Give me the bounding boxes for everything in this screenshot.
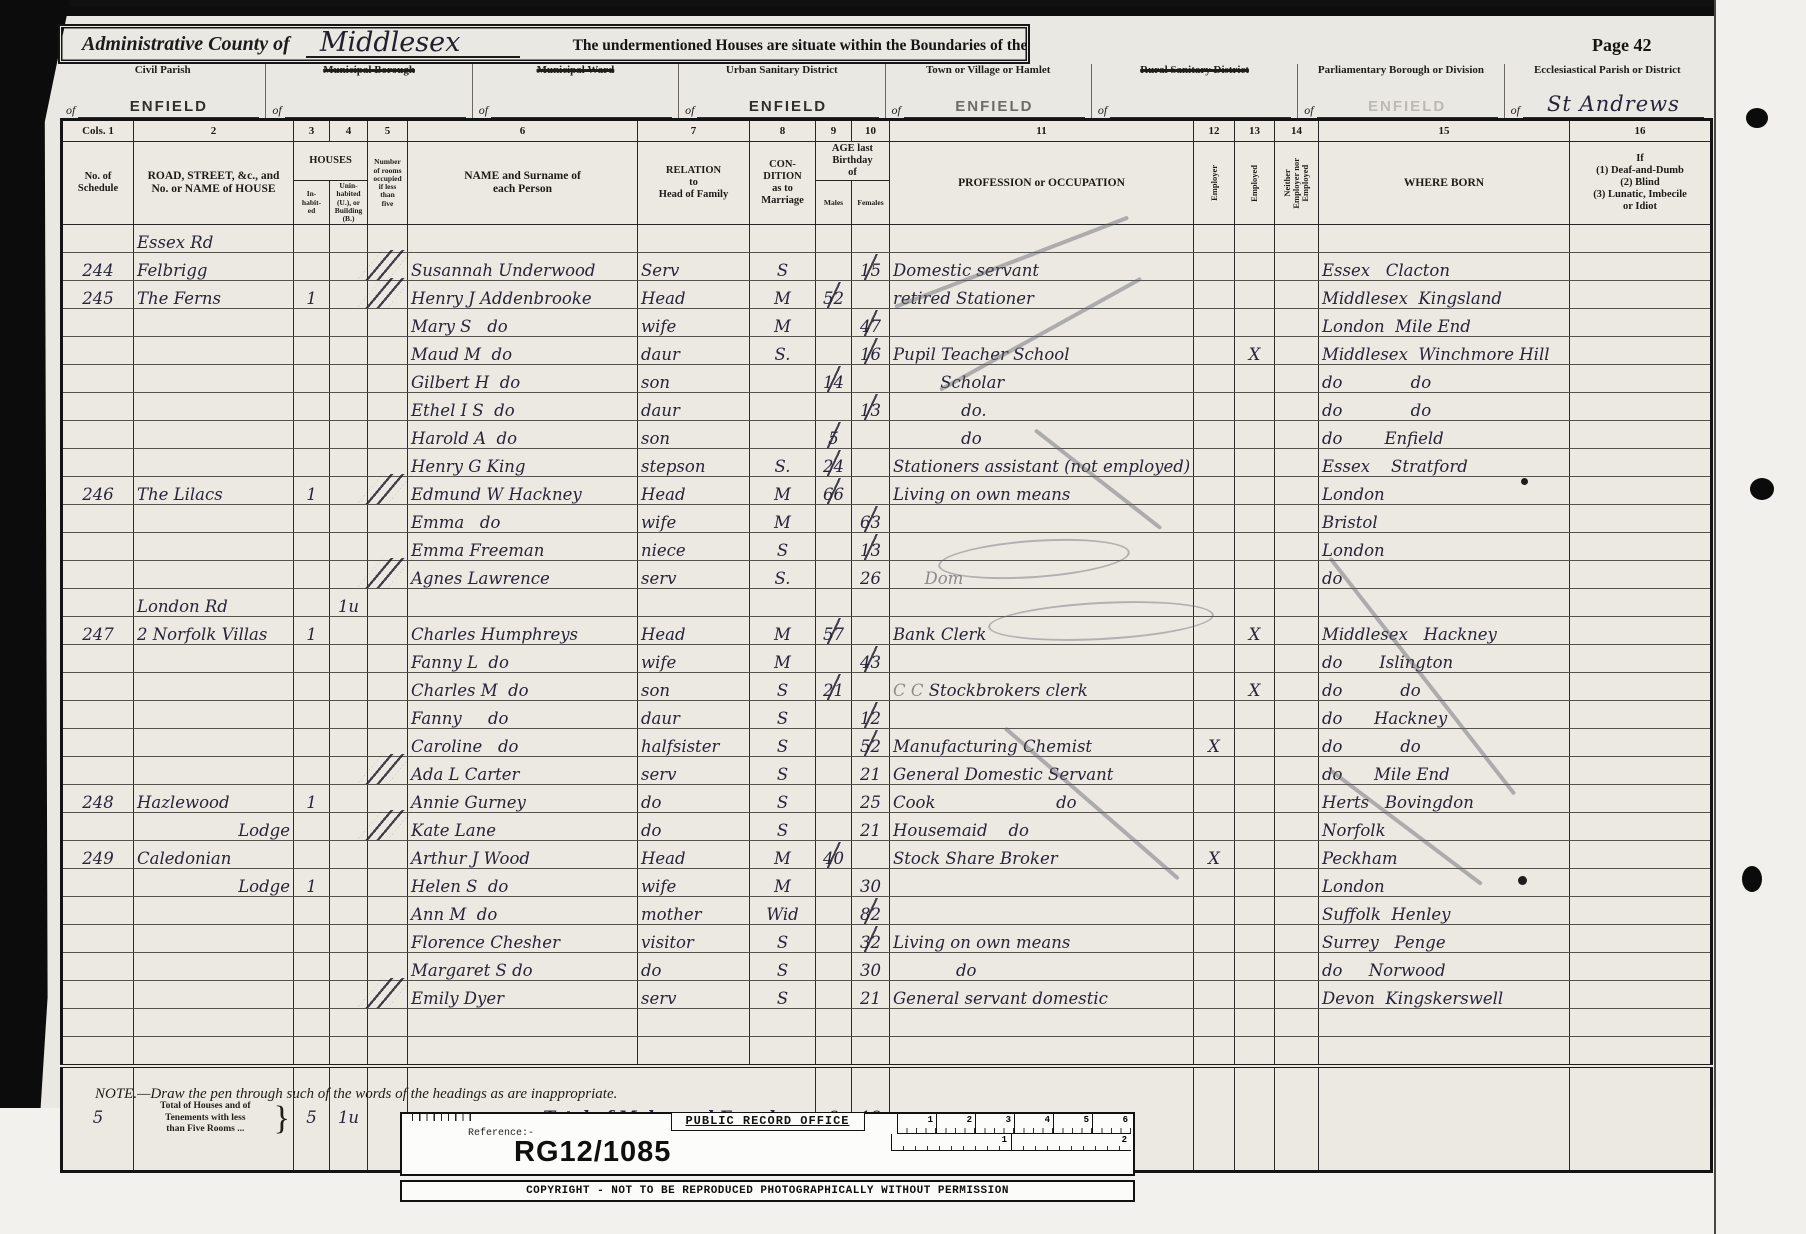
infirmity-note: [1570, 477, 1712, 505]
record-office-title: PUBLIC RECORD OFFICE: [670, 1113, 864, 1131]
person-name: Caroline do: [408, 729, 638, 757]
age-female: 26: [852, 561, 890, 589]
relation-to-head: daur: [638, 393, 750, 421]
uninhabited-mark: [330, 1037, 368, 1067]
census-row: 249 Caledonian Arthur J Wood Head M 40 S…: [62, 841, 1712, 869]
totals-houses-label: Total of Houses and of Tenements with le…: [134, 1066, 294, 1171]
col-rooms-header: Number of rooms occupied if less than fi…: [368, 142, 408, 225]
employed-mark: [1235, 1009, 1275, 1037]
ruler-scale-lower: 12: [891, 1134, 1131, 1151]
rooms-value: [368, 701, 408, 729]
age-female: 15: [852, 253, 890, 281]
punch-hole: [1742, 866, 1762, 892]
house-name: Lodge: [134, 869, 294, 897]
occupation: Domestic servant: [890, 253, 1194, 281]
inhabited-mark: [294, 757, 330, 785]
rooms-value: [368, 309, 408, 337]
uninhabited-mark: [330, 337, 368, 365]
column-number: 7: [638, 120, 750, 142]
house-name: [134, 1037, 294, 1067]
totals-empty-13: [1235, 1066, 1275, 1171]
census-row: Ethel I S do daur 13 do. do do: [62, 393, 1712, 421]
column-numbers-row: Cols. 12345678910111213141516: [62, 120, 1712, 142]
age-male: [816, 645, 852, 673]
where-born: Norfolk: [1319, 813, 1570, 841]
district-label: Urban Sanitary District: [685, 64, 878, 76]
occupation: [890, 225, 1194, 253]
census-row: 248 Hazlewood 1 Annie Gurney do S 25 Coo…: [62, 785, 1712, 813]
age-female: 30: [852, 869, 890, 897]
employed-mark: [1235, 701, 1275, 729]
column-number: 15: [1319, 120, 1570, 142]
house-name: Lodge: [134, 813, 294, 841]
district-label: Parliamentary Borough or Division: [1304, 64, 1497, 76]
age-male: 52: [816, 281, 852, 309]
occupation: [890, 309, 1194, 337]
census-row: Lodge Kate Lane do S 21 Housemaid do Nor…: [62, 813, 1712, 841]
age-female: 32: [852, 925, 890, 953]
house-name: Hazlewood: [134, 785, 294, 813]
employed-mark: X: [1235, 617, 1275, 645]
inhabited-mark: [294, 505, 330, 533]
age-male: [816, 393, 852, 421]
neither-mark: [1275, 365, 1319, 393]
uninhabited-mark: [330, 729, 368, 757]
neither-mark: [1275, 393, 1319, 421]
employer-mark: [1194, 757, 1235, 785]
rooms-value: [368, 925, 408, 953]
footnote: NOTE.—Draw the pen through such of the w…: [95, 1086, 617, 1103]
district-value: [1110, 98, 1291, 118]
age-female: [852, 477, 890, 505]
schedule-number: [62, 337, 134, 365]
uninhabited-mark: [330, 981, 368, 1009]
age-female: 21: [852, 757, 890, 785]
marriage-condition: M: [750, 841, 816, 869]
age-female: 12: [852, 701, 890, 729]
employed-mark: [1235, 785, 1275, 813]
where-born: do do: [1319, 673, 1570, 701]
schedule-number: 246: [62, 477, 134, 505]
neither-mark: [1275, 589, 1319, 617]
occupation: Living on own means: [890, 477, 1194, 505]
employed-mark: X: [1235, 337, 1275, 365]
occupation: Bank Clerk: [890, 617, 1194, 645]
uninhabited-mark: [330, 253, 368, 281]
census-row: Emma Freeman niece S 13 London: [62, 533, 1712, 561]
marriage-condition: Wid: [750, 897, 816, 925]
house-name: [134, 561, 294, 589]
rooms-value: [368, 645, 408, 673]
employer-mark: [1194, 869, 1235, 897]
employed-mark: [1235, 477, 1275, 505]
house-name: [134, 981, 294, 1009]
district-value: St Andrews: [1523, 91, 1704, 118]
relation-to-head: son: [638, 365, 750, 393]
occupation: General servant domestic: [890, 981, 1194, 1009]
inhabited-mark: 1: [294, 617, 330, 645]
where-born: do do: [1319, 365, 1570, 393]
district-value: ENFIELD: [697, 98, 878, 118]
district-field: Ecclesiastical Parish or District of St …: [1504, 64, 1710, 118]
neither-mark: [1275, 953, 1319, 981]
district-of-prefix: of: [479, 103, 488, 118]
employed-mark: [1235, 729, 1275, 757]
age-male: 5: [816, 421, 852, 449]
district-label: Rural Sanitary District: [1098, 64, 1291, 76]
inhabited-mark: 1: [294, 869, 330, 897]
relation-to-head: daur: [638, 701, 750, 729]
census-row: Agnes Lawrence serv S. 26 Dom do: [62, 561, 1712, 589]
where-born: Middlesex Winchmore Hill: [1319, 337, 1570, 365]
margin-pencil-number: 5: [62, 1066, 134, 1171]
neither-mark: [1275, 1009, 1319, 1037]
house-name: [134, 365, 294, 393]
relation-to-head: serv: [638, 981, 750, 1009]
district-value: ENFIELD: [904, 98, 1085, 118]
census-row: Emma do wife M 63 Bristol: [62, 505, 1712, 533]
marriage-condition: [750, 365, 816, 393]
employer-mark: [1194, 701, 1235, 729]
neither-mark: [1275, 617, 1319, 645]
person-name: Harold A do: [408, 421, 638, 449]
age-female: [852, 1009, 890, 1037]
relation-to-head: daur: [638, 337, 750, 365]
employer-mark: [1194, 421, 1235, 449]
column-number: 6: [408, 120, 638, 142]
uninhabited-mark: 1u: [330, 589, 368, 617]
person-name: Henry G King: [408, 449, 638, 477]
rooms-value: [368, 813, 408, 841]
district-of-prefix: of: [1098, 103, 1107, 118]
column-number: 10: [852, 120, 890, 142]
column-number: 11: [890, 120, 1194, 142]
relation-to-head: [638, 589, 750, 617]
marriage-condition: S: [750, 701, 816, 729]
infirmity-note: [1570, 869, 1712, 897]
district-field: Civil Parish of ENFIELD: [60, 64, 265, 118]
relation-to-head: son: [638, 421, 750, 449]
relation-to-head: Serv: [638, 253, 750, 281]
schedule-number: 244: [62, 253, 134, 281]
employer-mark: [1194, 561, 1235, 589]
district-header-row: Civil Parish of ENFIELD Municipal Boroug…: [60, 64, 1710, 118]
marriage-condition: [750, 421, 816, 449]
infirmity-note: [1570, 617, 1712, 645]
col-males-header: Males: [816, 181, 852, 225]
uninhabited-mark: [330, 365, 368, 393]
marriage-condition: M: [750, 869, 816, 897]
col-relation-header: RELATION to Head of Family: [638, 142, 750, 225]
occupation: Living on own means: [890, 925, 1194, 953]
employer-mark: [1194, 309, 1235, 337]
district-value: ENFIELD: [78, 98, 259, 118]
census-row: Emily Dyer serv S 21 General servant dom…: [62, 981, 1712, 1009]
neither-mark: [1275, 757, 1319, 785]
col-condition-header: CON- DITION as to Marriage: [750, 142, 816, 225]
person-name: [408, 1009, 638, 1037]
uninhabited-mark: [330, 701, 368, 729]
occupation: do.: [890, 393, 1194, 421]
house-name: [134, 701, 294, 729]
infirmity-note: [1570, 757, 1712, 785]
rooms-value: [368, 225, 408, 253]
age-female: [852, 421, 890, 449]
schedule-number: [62, 505, 134, 533]
relation-to-head: visitor: [638, 925, 750, 953]
occupation: Scholar: [890, 365, 1194, 393]
age-male: [816, 561, 852, 589]
marriage-condition: S.: [750, 561, 816, 589]
col-road-header: ROAD, STREET, &c., and No. or NAME of HO…: [134, 142, 294, 225]
neither-mark: [1275, 981, 1319, 1009]
infirmity-note: [1570, 981, 1712, 1009]
relation-to-head: mother: [638, 897, 750, 925]
employer-mark: [1194, 281, 1235, 309]
where-born: Devon Kingskerswell: [1319, 981, 1570, 1009]
person-name: Mary S do: [408, 309, 638, 337]
col-infirmity-header: If (1) Deaf-and-Dumb (2) Blind (3) Lunat…: [1570, 142, 1712, 225]
house-name: [134, 533, 294, 561]
district-value: [491, 98, 672, 118]
census-row: 244 Felbrigg Susannah Underwood Serv S 1…: [62, 253, 1712, 281]
uninhabited-mark: [330, 813, 368, 841]
schedule-number: [62, 813, 134, 841]
where-born: London: [1319, 533, 1570, 561]
age-female: [852, 673, 890, 701]
where-born: Herts Bovingdon: [1319, 785, 1570, 813]
house-name: [134, 645, 294, 673]
house-name: The Lilacs: [134, 477, 294, 505]
house-name: [134, 421, 294, 449]
infirmity-note: [1570, 645, 1712, 673]
district-value: [285, 98, 466, 118]
relation-to-head: [638, 225, 750, 253]
inhabited-mark: [294, 533, 330, 561]
age-female: [852, 449, 890, 477]
marriage-condition: S: [750, 757, 816, 785]
house-name: [134, 729, 294, 757]
relation-to-head: Head: [638, 477, 750, 505]
age-female: 21: [852, 813, 890, 841]
occupation: [890, 533, 1194, 561]
occupation: Housemaid do: [890, 813, 1194, 841]
inhabited-mark: [294, 925, 330, 953]
pencil-annotation: C C: [893, 681, 929, 700]
column-number: 8: [750, 120, 816, 142]
neither-mark: [1275, 813, 1319, 841]
schedule-number: 245: [62, 281, 134, 309]
inhabited-mark: [294, 813, 330, 841]
where-born: do Enfield: [1319, 421, 1570, 449]
age-male: [816, 253, 852, 281]
age-male: [816, 337, 852, 365]
marriage-condition: S: [750, 953, 816, 981]
house-name: London Rd: [134, 589, 294, 617]
where-born: do Norwood: [1319, 953, 1570, 981]
employer-mark: [1194, 533, 1235, 561]
neither-mark: [1275, 673, 1319, 701]
boundary-statement: The undermentioned Houses are situate wi…: [560, 37, 1040, 55]
rooms-value: [368, 897, 408, 925]
ruler-cell: 2: [936, 1114, 975, 1134]
schedule-number: [62, 365, 134, 393]
rooms-value: [368, 365, 408, 393]
age-female: [852, 617, 890, 645]
rooms-value: [368, 673, 408, 701]
neither-mark: [1275, 225, 1319, 253]
employed-mark: [1235, 645, 1275, 673]
uninhabited-mark: [330, 561, 368, 589]
house-name: Felbrigg: [134, 253, 294, 281]
inhabited-mark: [294, 673, 330, 701]
relation-to-head: stepson: [638, 449, 750, 477]
age-female: [852, 281, 890, 309]
infirmity-note: [1570, 337, 1712, 365]
census-row: Maud M do daur S. 16 Pupil Teacher Schoo…: [62, 337, 1712, 365]
marriage-condition: S.: [750, 449, 816, 477]
age-female: 21: [852, 981, 890, 1009]
occupation: [890, 701, 1194, 729]
employer-mark: X: [1194, 729, 1235, 757]
infirmity-note: [1570, 589, 1712, 617]
copyright-bar: COPYRIGHT - NOT TO BE REPRODUCED PHOTOGR…: [400, 1180, 1135, 1202]
where-born: Essex Clacton: [1319, 253, 1570, 281]
person-name: Ada L Carter: [408, 757, 638, 785]
census-row: Ada L Carter serv S 21 General Domestic …: [62, 757, 1712, 785]
age-female: 25: [852, 785, 890, 813]
rooms-value: [368, 505, 408, 533]
employer-mark: [1194, 1037, 1235, 1067]
census-scan-page: { "colors":{"paper":"#eae8e2","ink":"#1d…: [0, 0, 1806, 1234]
neither-mark: [1275, 785, 1319, 813]
rooms-value: [368, 729, 408, 757]
uninhabited-mark: [330, 617, 368, 645]
uninhabited-mark: [330, 309, 368, 337]
schedule-number: [62, 981, 134, 1009]
person-name: Edmund W Hackney: [408, 477, 638, 505]
uninhabited-mark: [330, 533, 368, 561]
employed-mark: [1235, 813, 1275, 841]
census-row: 247 2 Norfolk Villas 1 Charles Humphreys…: [62, 617, 1712, 645]
uninhabited-mark: [330, 225, 368, 253]
infirmity-note: [1570, 505, 1712, 533]
relation-to-head: Head: [638, 617, 750, 645]
schedule-number: [62, 421, 134, 449]
census-row: [62, 1037, 1712, 1067]
age-male: [816, 533, 852, 561]
page-edge: [1714, 0, 1806, 1234]
marriage-condition: M: [750, 477, 816, 505]
employer-mark: [1194, 337, 1235, 365]
neither-mark: [1275, 505, 1319, 533]
inhabited-mark: 1: [294, 477, 330, 505]
age-female: [852, 225, 890, 253]
person-name: Fanny L do: [408, 645, 638, 673]
person-name: Maud M do: [408, 337, 638, 365]
rooms-value: [368, 561, 408, 589]
employed-mark: [1235, 757, 1275, 785]
where-born: Middlesex Hackney: [1319, 617, 1570, 645]
district-of-prefix: of: [892, 103, 901, 118]
where-born: do Islington: [1319, 645, 1570, 673]
occupation: Stock Share Broker: [890, 841, 1194, 869]
record-office-box: PUBLIC RECORD OFFICE Reference:- RG12/10…: [400, 1112, 1135, 1176]
census-row: Mary S do wife M 47 London Mile End: [62, 309, 1712, 337]
employer-mark: [1194, 645, 1235, 673]
age-female: 13: [852, 393, 890, 421]
census-row: London Rd 1u: [62, 589, 1712, 617]
neither-mark: [1275, 1037, 1319, 1067]
census-row: Harold A do son 5 do do Enfield: [62, 421, 1712, 449]
house-name: Essex Rd: [134, 225, 294, 253]
employer-mark: [1194, 449, 1235, 477]
neither-mark: [1275, 897, 1319, 925]
infirmity-note: [1570, 729, 1712, 757]
uninhabited-mark: [330, 757, 368, 785]
census-row: Fanny do daur S 12 do Hackney: [62, 701, 1712, 729]
house-name: [134, 1009, 294, 1037]
occupation: [890, 897, 1194, 925]
inhabited-mark: [294, 729, 330, 757]
house-name: [134, 449, 294, 477]
infirmity-note: [1570, 533, 1712, 561]
where-born: Peckham: [1319, 841, 1570, 869]
age-male: 57: [816, 617, 852, 645]
employed-mark: [1235, 897, 1275, 925]
district-field: Parliamentary Borough or Division of ENF…: [1297, 64, 1503, 118]
where-born: do: [1319, 561, 1570, 589]
schedule-number: [62, 225, 134, 253]
col-inhabited-header: In- habit- ed: [294, 181, 330, 225]
inhabited-mark: [294, 393, 330, 421]
employed-mark: [1235, 253, 1275, 281]
neither-mark: [1275, 281, 1319, 309]
age-male: [816, 309, 852, 337]
neither-mark: [1275, 421, 1319, 449]
age-female: 47: [852, 309, 890, 337]
employed-mark: [1235, 281, 1275, 309]
inhabited-mark: [294, 981, 330, 1009]
col-neither-header: Neither Employer nor Employed: [1275, 142, 1319, 225]
where-born: Bristol: [1319, 505, 1570, 533]
employer-mark: [1194, 897, 1235, 925]
marriage-condition: S: [750, 533, 816, 561]
age-female: 13: [852, 533, 890, 561]
age-male: [816, 925, 852, 953]
person-name: Ann M do: [408, 897, 638, 925]
marriage-condition: M: [750, 645, 816, 673]
employed-mark: [1235, 365, 1275, 393]
column-number: 9: [816, 120, 852, 142]
person-name: Charles Humphreys: [408, 617, 638, 645]
col-uninhabited-header: Unin- habited (U.), or Building (B.): [330, 181, 368, 225]
ink-spot: [1521, 478, 1528, 485]
employer-mark: [1194, 477, 1235, 505]
census-row: Florence Chesher visitor S 32 Living on …: [62, 925, 1712, 953]
infirmity-note: [1570, 953, 1712, 981]
employer-mark: [1194, 617, 1235, 645]
census-row: Essex Rd: [62, 225, 1712, 253]
neither-mark: [1275, 477, 1319, 505]
schedule-number: [62, 757, 134, 785]
schedule-number: [62, 309, 134, 337]
district-label: Municipal Borough: [272, 64, 465, 76]
age-male: [816, 505, 852, 533]
neither-mark: [1275, 309, 1319, 337]
employed-mark: [1235, 449, 1275, 477]
rooms-value: [368, 477, 408, 505]
